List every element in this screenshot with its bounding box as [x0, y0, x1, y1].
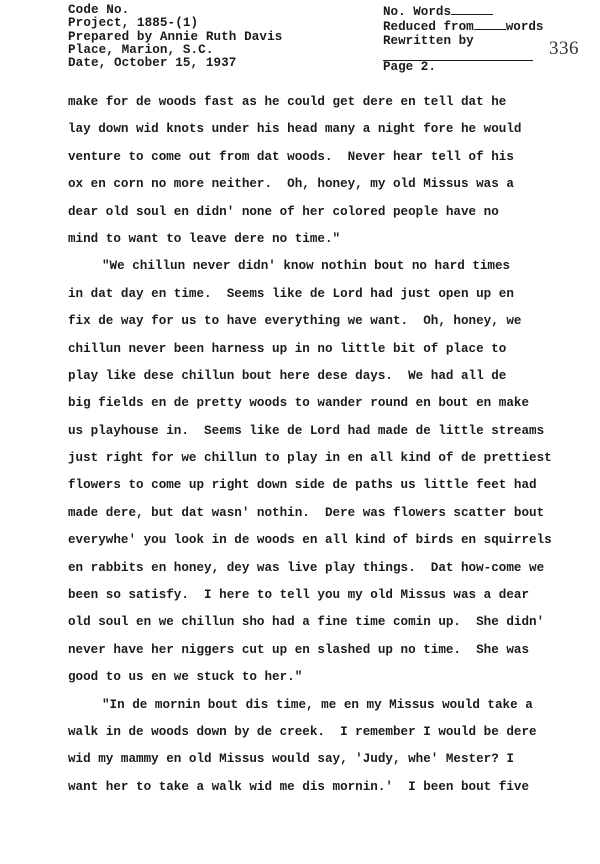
text-line: make for de woods fast as he could get d… — [68, 94, 588, 121]
page-number: Page 2. — [383, 61, 544, 74]
text-line: ox en corn no more neither. Oh, honey, m… — [68, 176, 588, 203]
text-line: good to us en we stuck to her." — [68, 669, 588, 696]
header-metadata-left: Code No. Project, 1885-(1) Prepared by A… — [68, 4, 282, 70]
word-count-field: No. Words — [383, 4, 544, 19]
text-line: dear old soul en didn' none of her color… — [68, 204, 588, 231]
text-line: mind to want to leave dere no time." — [68, 231, 588, 258]
rewritten-by-label: Rewritten by — [383, 35, 544, 48]
page-stamp-number: 336 — [549, 38, 579, 60]
text-line: "We chillun never didn' know nothin bout… — [68, 258, 588, 285]
text-line: us playhouse in. Seems like de Lord had … — [68, 423, 588, 450]
code-number: Code No. — [68, 4, 282, 17]
document-page: Code No. Project, 1885-(1) Prepared by A… — [0, 0, 600, 864]
text-line: old soul en we chillun sho had a fine ti… — [68, 614, 588, 641]
transcript-body: make for de woods fast as he could get d… — [68, 94, 588, 806]
text-line: just right for we chillun to play in en … — [68, 450, 588, 477]
header-metadata-right: No. Words Reduced fromwords Rewritten by… — [383, 4, 544, 74]
text-line: fix de way for us to have everything we … — [68, 313, 588, 340]
text-line: lay down wid knots under his head many a… — [68, 121, 588, 148]
words-label: words — [506, 20, 544, 34]
text-line: wid my mammy en old Missus would say, 'J… — [68, 751, 588, 778]
text-line: big fields en de pretty woods to wander … — [68, 395, 588, 422]
project-number: Project, 1885-(1) — [68, 17, 282, 30]
text-line: "In de mornin bout dis time, me en my Mi… — [68, 697, 588, 724]
word-count-blank — [451, 4, 493, 15]
word-count-label: No. Words — [383, 5, 451, 19]
text-line: want her to take a walk wid me dis morni… — [68, 779, 588, 806]
reduced-from-label: Reduced from — [383, 20, 474, 34]
text-line: en rabbits en honey, dey was live play t… — [68, 560, 588, 587]
reduced-from-blank — [474, 19, 506, 30]
text-line: venture to come out from dat woods. Neve… — [68, 149, 588, 176]
text-line: chillun never been harness up in no litt… — [68, 341, 588, 368]
text-line: been so satisfy. I here to tell you my o… — [68, 587, 588, 614]
rewritten-by-blank — [383, 48, 533, 61]
text-line: in dat day en time. Seems like de Lord h… — [68, 286, 588, 313]
date: Date, October 15, 1937 — [68, 57, 282, 70]
text-line: flowers to come up right down side de pa… — [68, 477, 588, 504]
text-line: play like dese chillun bout here dese da… — [68, 368, 588, 395]
place: Place, Marion, S.C. — [68, 44, 282, 57]
text-line: walk in de woods down by de creek. I rem… — [68, 724, 588, 751]
text-line: everywhe' you look in de woods en all ki… — [68, 532, 588, 559]
reduced-from-field: Reduced fromwords — [383, 19, 544, 34]
text-line: never have her niggers cut up en slashed… — [68, 642, 588, 669]
text-line: made dere, but dat wasn' nothin. Dere wa… — [68, 505, 588, 532]
prepared-by: Prepared by Annie Ruth Davis — [68, 31, 282, 44]
